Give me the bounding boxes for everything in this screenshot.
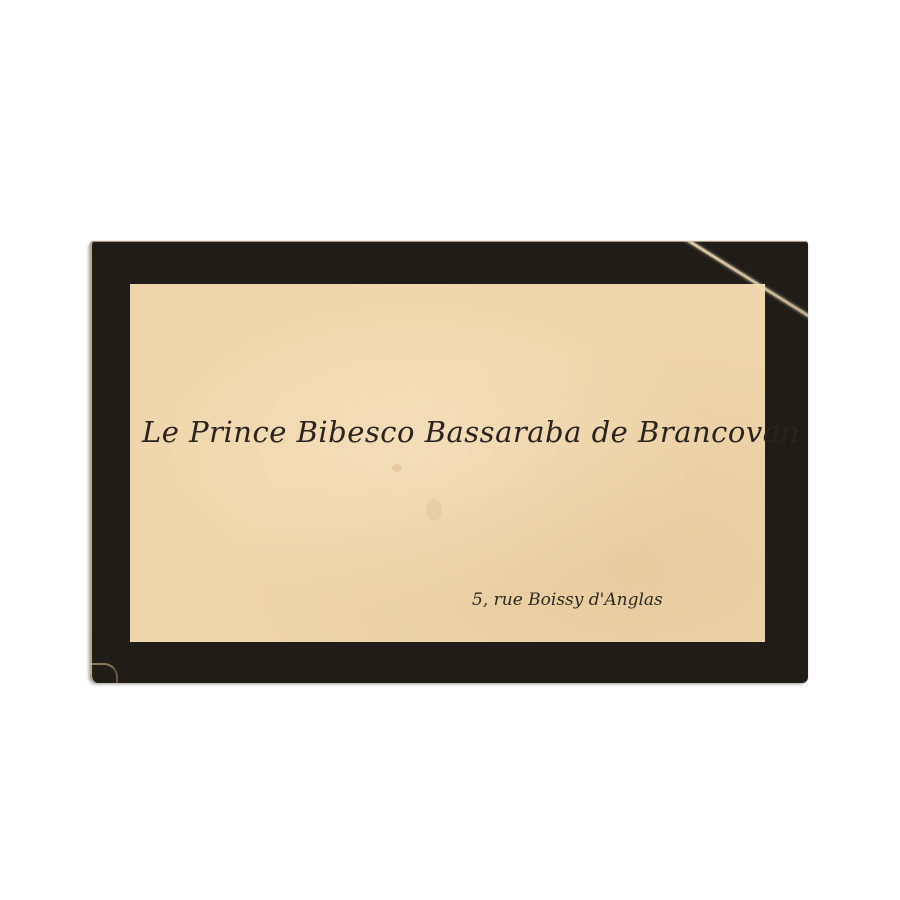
- mourning-visiting-card: Le Prince Bibesco Bassaraba de Brancovan…: [90, 241, 808, 683]
- corner-wear: [90, 663, 118, 683]
- card-name: Le Prince Bibesco Bassaraba de Brancovan: [142, 415, 762, 449]
- photo-stage: Le Prince Bibesco Bassaraba de Brancovan…: [0, 0, 900, 900]
- foxing-spot: [392, 464, 402, 472]
- card-address: 5, rue Boissy d'Anglas: [472, 590, 663, 610]
- foxing-spot: [426, 499, 442, 521]
- card-inner-panel: Le Prince Bibesco Bassaraba de Brancovan…: [130, 284, 765, 642]
